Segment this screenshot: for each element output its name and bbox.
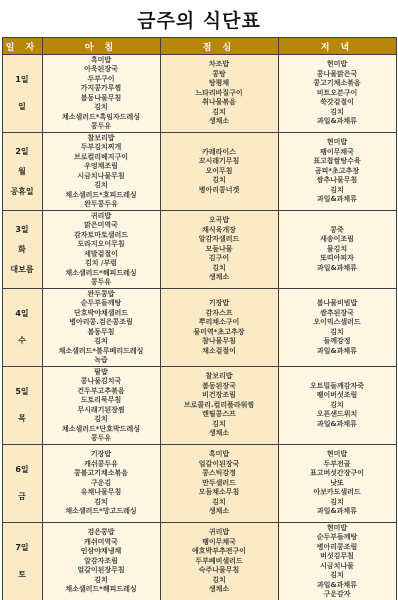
menu-item: 콩나물김치국 [43,377,160,387]
date-cell: 6일금 [2,445,42,523]
date-line: 5일 [3,387,42,397]
lunch-cell: 귀리밥팽이무채국애호박부추전구이두부베비샐러드숙주나물무침김치생채소 [160,523,278,600]
menu-item: 과일&과채류 [279,117,396,127]
menu-item: 두부베비샐러드 [161,557,278,567]
menu-item: 팥밥 [43,368,160,378]
menu-item: 감자토마토샐러드 [43,231,160,241]
menu-item: 도라지오이무침 [43,240,160,250]
menu-item: 병아리콩조림 [279,543,396,553]
menu-item: 팽이무채국 [161,538,278,548]
menu-item: 채소샐러드*호피드레싱 [43,191,160,201]
menu-item: 캐쉬콩두유 [43,460,160,470]
menu-item: 봄동된장국 [161,382,278,392]
date-line: 공휴일 [3,187,42,197]
menu-item: 채소샐러드*단호박드레싱 [43,425,160,435]
menu-item: 김치 [161,576,278,586]
menu-item: 채식육개장 [161,226,278,236]
menu-item: 김구이 [161,254,278,264]
menu-item: 비건장조림 [161,391,278,401]
menu-item: 콩탕 [161,70,278,80]
menu-item: 생채소 [161,117,278,127]
date-wrap: 5일목 [3,371,42,441]
menu-item: 김치 [279,571,396,581]
menu-item: 만두샐러드 [161,479,278,489]
dinner-cell: 현미밥순두부들깨탕병아리콩조림버섯김무침시금치나물김치과일&과채류구운감자 [278,523,396,600]
menu-item: 브로콜리.컬리플라워찜 [161,401,278,411]
menu-item: 생채소 [161,429,278,439]
menu-item: 김치 [43,498,160,508]
menu-item: 채소샐러드*블루베리드레싱 [43,347,160,357]
table-row: 5일목팥밥콩나물김치국건두부고추볶음도토리묵무침무시래기된장찜김치채소샐러드*단… [2,367,396,445]
menu-item: 채소겉절이 [161,347,278,357]
menu-item: 채소샐러드*흑임자드레싱 [43,113,160,123]
menu-item: 모둠나물 [161,245,278,255]
menu-item: 김치 [43,181,160,191]
menu-item: 건두부고추볶음 [43,387,160,397]
lunch-cell: 기장밥감자스프뿌리채소구이물미역*초고추장참나물무침채소겉절이 [160,289,278,367]
menu-item: 귀리밥 [43,212,160,222]
date-line: 목 [3,414,42,424]
menu-item: 병아리콩너겟 [161,186,278,196]
menu-item: 느타리바질구이 [161,89,278,99]
menu-item: 쑥갓겉절이 [279,98,396,108]
menu-item: 김치 /부럼 [43,259,160,269]
breakfast-cell: 검은콩밥캐쉬미역국인삼야채냉채알감자조림얼갈이된장무침김치채소샐러드*해피드레싱 [42,523,160,600]
menu-item: 탕평채 [161,79,278,89]
date-cell: 1일일 [2,55,42,133]
menu-item: 녹즙 [43,356,160,366]
menu-item: 유채나물무침 [43,488,160,498]
date-line: 4일 [3,309,42,319]
date-wrap: 6일금 [3,449,42,519]
menu-item: 캐쉬미역국 [43,538,160,548]
breakfast-cell: 기장밥캐쉬콩두유콩불고기채소볶음구운김유채나물무침김치채소샐러드*망고드레싱 [42,445,160,523]
menu-item: 낫또 [279,479,396,489]
breakfast-cell: 귀리밥맑은미역국감자토마토샐러드도라지오이무침세발겉절이김치 /부럼채소샐러드*… [42,211,160,289]
date-line: 금 [3,492,42,502]
menu-item: 기장밥 [161,299,278,309]
menu-item: 김치 [43,415,160,425]
menu-item: 두부전골 [279,460,396,470]
menu-item: 인삼야채냉채 [43,547,160,557]
menu-item: 아보카도샐러드 [279,488,396,498]
menu-item: 김치 [161,176,278,186]
menu-item: 참나물무침 [161,337,278,347]
menu-item: 얼갈이된장국 [161,460,278,470]
menu-item: 과일&과채류 [279,581,396,591]
lunch-cell: 차조밥콩탕탕평채느타리바질구이취나물볶음김치생채소 [160,55,278,133]
menu-item: 콩두유 [43,278,160,288]
dinner-cell: 현미밥콩나물맑은국콩고기채소볶음비트오븐구이쑥갓겉절이김치과일&과채류 [278,55,396,133]
menu-item: 현미밥 [279,138,396,148]
menu-item: 김치 [161,498,278,508]
menu-item: 검은콩밥 [43,528,160,538]
menu-item: 가지콩가루찜 [43,84,160,94]
menu-item: 카레라이스 [161,148,278,158]
date-line: 대보름 [3,265,42,275]
table-row: 2일월공휴일찰보리밥두부김치찌개브로컬리베지구이우엉채조림시금치나물무침김치채소… [2,133,396,211]
table-row: 3일화대보름귀리밥맑은미역국감자토마토샐러드도라지오이무침세발겉절이김치 /부럼… [2,211,396,289]
menu-item: 렌틸콩스프 [161,410,278,420]
date-line: 2일 [3,147,42,157]
table-row: 4일수완두콩밥순두부들깨탕단호박야채샐러드병아리콩.검은콩조림봄동무침김치채소샐… [2,289,396,367]
menu-item: 쌈추나물무침 [279,176,396,186]
dinner-cell: 현미밥두부전골표고버섯간장구이낫또아보카도샐러드김치과일&과채류 [278,445,396,523]
menu-item: 버섯김무침 [279,552,396,562]
breakfast-cell: 흑미밥아욱된장국두부구이가지콩가루찜봄동나물무침김치채소샐러드*흑임자드레싱콩두… [42,55,160,133]
menu-item: 오트밀들깨감자죽 [279,382,396,392]
date-cell: 2일월공휴일 [2,133,42,211]
menu-item: 생채소 [161,507,278,517]
menu-item: 완두콩두유 [43,200,160,210]
menu-item: 세발겉절이 [43,250,160,260]
menu-item: 팽이버섯조림 [279,391,396,401]
date-line: 일 [3,102,42,112]
menu-item: 구운감자 [279,590,396,600]
menu-item: 표고찹쌀탕수육 [279,157,396,167]
breakfast-cell: 팥밥콩나물김치국건두부고추볶음도토리묵무침무시래기된장찜김치채소샐러드*단호박드… [42,367,160,445]
menu-item: 김치 [279,328,396,338]
date-line: 월 [3,167,42,177]
menu-item: 취나물볶음 [161,98,278,108]
date-cell: 4일수 [2,289,42,367]
breakfast-cell: 찰보리밥두부김치찌개브로컬리베지구이우엉채조림시금치나물무침김치채소샐러드*호피… [42,133,160,211]
menu-item: 쌈추된장국 [279,309,396,319]
menu-item: 채소샐러드*망고드레싱 [43,507,160,517]
date-line: 수 [3,336,42,346]
date-cell: 3일화대보름 [2,211,42,289]
menu-item: 시금치나물무침 [43,172,160,182]
date-line: 화 [3,245,42,255]
column-header-dinner: 저 녁 [278,38,396,55]
menu-item: 봄동나물무침 [43,94,160,104]
menu-item: 단호박야채샐러드 [43,309,160,319]
menu-item: 찰보리밥 [43,134,160,144]
dinner-cell: 콩죽새송이조림물김치또띠아피자과일&과채류 [278,211,396,289]
menu-item: 찰보리밥 [161,372,278,382]
menu-item: 기장밥 [43,450,160,460]
date-line: 토 [3,570,42,580]
menu-item: 김치 [43,576,160,586]
menu-item: 봄나물비빔밥 [279,299,396,309]
menu-item: 순두부들깨탕 [279,533,396,543]
menu-item: 우엉채조림 [43,162,160,172]
date-cell: 7일토 [2,523,42,600]
date-cell: 5일목 [2,367,42,445]
menu-item: 표고버섯간장구이 [279,469,396,479]
menu-item: 알감자조림 [43,557,160,567]
date-wrap: 7일토 [3,527,42,597]
menu-item: 꼬시래기무침 [161,157,278,167]
menu-item: 무시래기된장찜 [43,406,160,416]
menu-item: 모둠채소무침 [161,488,278,498]
menu-item: 구운김 [43,479,160,489]
menu-item: 팽이무채국 [279,148,396,158]
menu-item: 오곡밥 [161,216,278,226]
menu-item: 곰피*초고추장 [279,167,396,177]
menu-item: 감자스프 [161,309,278,319]
menu-item: 현미밥 [279,60,396,70]
menu-item: 도토리묵무침 [43,396,160,406]
menu-item: 물미역*초고추장 [161,328,278,338]
table-row: 1일일흑미밥아욱된장국두부구이가지콩가루찜봄동나물무침김치채소샐러드*흑임자드레… [2,55,396,133]
date-wrap: 1일일 [3,59,42,129]
menu-item: 들깨강정 [279,337,396,347]
dinner-cell: 오트밀들깨감자죽팽이버섯조림김치오픈샌드위치과일&과채류 [278,367,396,445]
column-header-date: 일 자 [2,38,42,55]
menu-item: 채소샐러드*해피드레싱 [43,269,160,279]
menu-item: 봄동무침 [43,328,160,338]
menu-item: 흑미밥 [161,450,278,460]
menu-item: 애호박부추전구이 [161,547,278,557]
menu-item: 맑은미역국 [43,221,160,231]
menu-item: 김치 [161,108,278,118]
page-title: 금주의 식단표 [0,0,398,37]
date-line: 3일 [3,225,42,235]
weekly-menu-table: 일 자 아 침 점 심 저 녁 1일일흑미밥아욱된장국두부구이가지콩가루찜봄동나… [2,37,397,600]
menu-item: 알감자샐러드 [161,235,278,245]
menu-item: 차조밥 [161,60,278,70]
header-row: 일 자 아 침 점 심 저 녁 [2,38,396,55]
date-wrap: 3일화대보름 [3,215,42,285]
menu-item: 콩불고기채소볶음 [43,469,160,479]
menu-item: 콩죽 [279,226,396,236]
menu-item: 비트오븐구이 [279,89,396,99]
menu-item: 콩두유 [43,434,160,444]
date-line: 7일 [3,543,42,553]
menu-item: 물김치 [279,245,396,255]
menu-item: 오이믹스샐러드 [279,318,396,328]
menu-item: 완두콩밥 [43,290,160,300]
menu-item: 김치 [161,264,278,274]
menu-item: 흑미밥 [43,56,160,66]
menu-item: 김치 [161,420,278,430]
menu-table-body: 1일일흑미밥아욱된장국두부구이가지콩가루찜봄동나물무침김치채소샐러드*흑임자드레… [2,55,396,600]
menu-item: 과일&과채류 [279,420,396,430]
menu-item: 김치 [43,103,160,113]
menu-item: 뿌리채소구이 [161,318,278,328]
menu-item: 브로컬리베지구이 [43,153,160,163]
lunch-cell: 찰보리밥봄동된장국비건장조림브로콜리.컬리플라워찜렌틸콩스프김치생채소 [160,367,278,445]
table-row: 7일토검은콩밥캐쉬미역국인삼야채냉채알감자조림얼갈이된장무침김치채소샐러드*해피… [2,523,396,600]
menu-item: 김치 [279,401,396,411]
menu-item: 생채소 [161,585,278,595]
menu-item: 김치 [43,337,160,347]
column-header-breakfast: 아 침 [42,38,160,55]
menu-item: 숙주나물무침 [161,566,278,576]
menu-item: 김치 [279,186,396,196]
menu-item: 시금치나물 [279,562,396,572]
menu-item: 오이무침 [161,167,278,177]
menu-item: 김치 [279,498,396,508]
menu-item: 순두부들깨탕 [43,299,160,309]
lunch-cell: 카레라이스꼬시래기무침오이무침김치병아리콩너겟 [160,133,278,211]
lunch-cell: 흑미밥얼갈이된장국콩스틱강정만두샐러드모둠채소무침김치생채소 [160,445,278,523]
menu-item: 병아리콩.검은콩조림 [43,318,160,328]
column-header-lunch: 점 심 [160,38,278,55]
menu-item: 생채소 [161,273,278,283]
dinner-cell: 봄나물비빔밥쌈추된장국오이믹스샐러드김치들깨강정과일&과채류 [278,289,396,367]
menu-item: 과일&과채류 [279,195,396,205]
date-wrap: 4일수 [3,293,42,363]
menu-item: 또띠아피자 [279,254,396,264]
menu-item: 새송이조림 [279,235,396,245]
menu-item: 채소샐러드*해피드레싱 [43,585,160,595]
menu-item: 김치 [279,108,396,118]
menu-item: 아욱된장국 [43,65,160,75]
breakfast-cell: 완두콩밥순두부들깨탕단호박야채샐러드병아리콩.검은콩조림봄동무침김치채소샐러드*… [42,289,160,367]
menu-item: 과일&과채류 [279,347,396,357]
menu-item: 콩두유 [43,122,160,132]
table-row: 6일금기장밥캐쉬콩두유콩불고기채소볶음구운김유채나물무침김치채소샐러드*망고드레… [2,445,396,523]
menu-item: 과일&과채류 [279,264,396,274]
date-line: 1일 [3,75,42,85]
menu-item: 콩고기채소볶음 [279,79,396,89]
menu-item: 콩스틱강정 [161,469,278,479]
date-line: 6일 [3,465,42,475]
menu-item: 현미밥 [279,450,396,460]
menu-item: 두부김치찌개 [43,143,160,153]
menu-item: 과일&과채류 [279,507,396,517]
menu-item: 콩나물맑은국 [279,70,396,80]
menu-item: 얼갈이된장무침 [43,566,160,576]
menu-item: 현미밥 [279,524,396,534]
menu-item: 오픈샌드위치 [279,410,396,420]
lunch-cell: 오곡밥채식육개장알감자샐러드모둠나물김구이김치생채소 [160,211,278,289]
date-wrap: 2일월공휴일 [3,137,42,207]
menu-item: 두부구이 [43,75,160,85]
menu-item: 귀리밥 [161,528,278,538]
dinner-cell: 현미밥팽이무채국표고찹쌀탕수육곰피*초고추장쌈추나물무침김치과일&과채류 [278,133,396,211]
